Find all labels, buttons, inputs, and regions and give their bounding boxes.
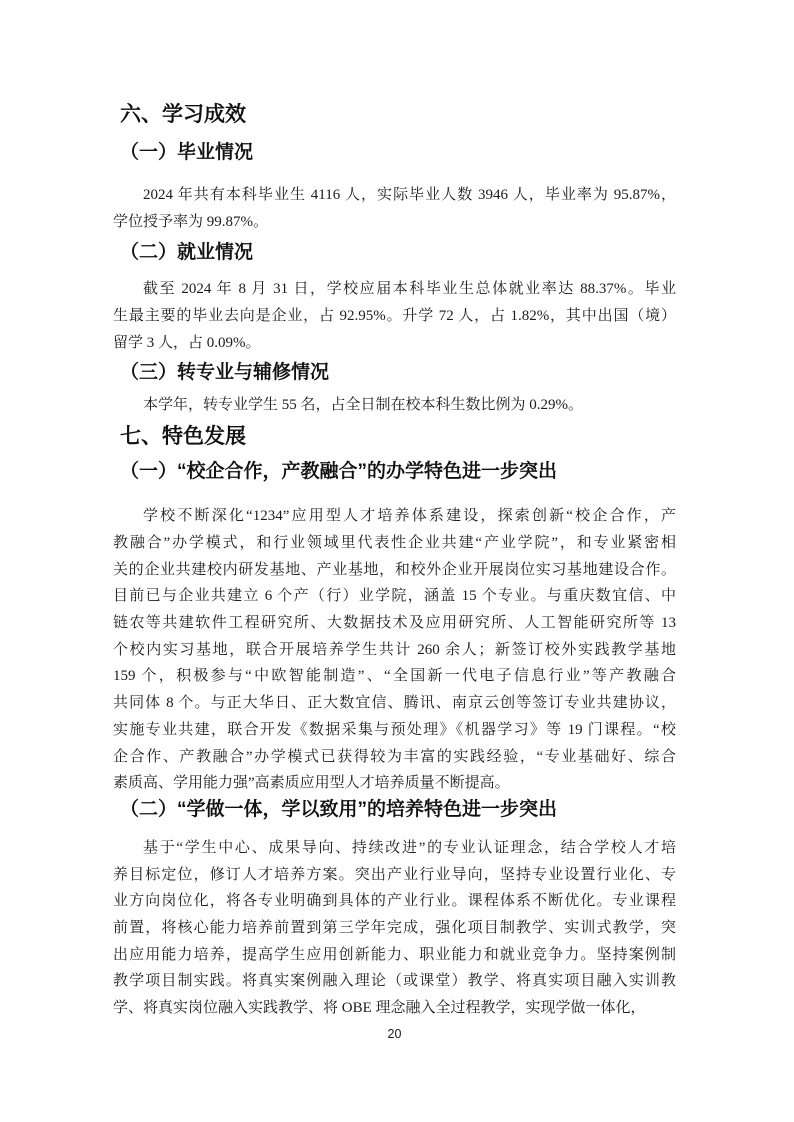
text-line: 企合作、产教融合”办学模式已获得较为丰富的实践经验，“专业基础好、综合 bbox=[113, 744, 676, 771]
document-page: 六、学习成效 （一）毕业情况 2024 年共有本科毕业生 4116 人，实际毕业… bbox=[0, 0, 794, 1122]
text-line: 个校内实习基地，联合开展培养学生共计 260 余人；新签订校外实践教学基地 bbox=[113, 637, 676, 664]
paragraph-graduation: 2024 年共有本科毕业生 4116 人，实际毕业人数 3946 人，毕业率为 … bbox=[113, 182, 676, 235]
text-line: 养目标定位，修订人才培养方案。突出产业行业导向，坚持专业设置行业化、专 bbox=[113, 862, 676, 889]
text-line: 生最主要的毕业去向是企业，占 92.95%。升学 72 人，占 1.82%，其中… bbox=[113, 303, 676, 330]
section-6-3-transfer-heading: （三）转专业与辅修情况 bbox=[113, 360, 676, 386]
section-7-heading: 七、特色发展 bbox=[113, 424, 676, 450]
text-line: 链农等共建软件工程研究所、大数据技术及应用研究所、人工智能研究所等 13 bbox=[113, 610, 676, 637]
section-6-2-employment-heading: （二）就业情况 bbox=[113, 240, 676, 266]
section-7-1-school-enterprise-heading: （一）“校企合作，产教融合”的办学特色进一步突出 bbox=[113, 459, 676, 485]
text-line: 前置，将核心能力培养前置到第三学年完成，强化项目制教学、实训式教学，突 bbox=[113, 915, 676, 942]
text-line: 目前已与企业共建立 6 个产（行）业学院，涵盖 15 个专业。与重庆数宜信、中 bbox=[113, 583, 676, 610]
text-line: 教学项目制实践。将真实案例融入理论（或课堂）教学、将真实项目融入实训教 bbox=[113, 968, 676, 995]
page-number: 20 bbox=[113, 1026, 676, 1042]
section-6-heading: 六、学习成效 bbox=[113, 102, 676, 128]
text-line: 159 个，积极参与“中欧智能制造”、“全国新一代电子信息行业”等产教融合 bbox=[113, 663, 676, 690]
text-line: 截至 2024 年 8 月 31 日，学校应届本科毕业生总体就业率达 88.37… bbox=[113, 276, 676, 303]
paragraph-school-enterprise: 学校不断深化“1234”应用型人才培养体系建设，探索创新“校企合作，产教融合”办… bbox=[113, 503, 676, 797]
text-line: 学校不断深化“1234”应用型人才培养体系建设，探索创新“校企合作，产 bbox=[113, 503, 676, 530]
text-line: 关的企业共建校内研发基地、产业基地，和校外企业开展岗位实习基地建设合作。 bbox=[113, 557, 676, 584]
paragraph-learn-do: 基于“学生中心、成果导向、持续改进”的专业认证理念，结合学校人才培养目标定位，修… bbox=[113, 835, 676, 1022]
section-6-1-graduation-heading: （一）毕业情况 bbox=[113, 140, 676, 166]
text-line: 2024 年共有本科毕业生 4116 人，实际毕业人数 3946 人，毕业率为 … bbox=[113, 182, 676, 209]
text-line: 留学 3 人，占 0.09%。 bbox=[113, 330, 676, 357]
text-line: 共同体 8 个。与正大华日、正大数宜信、腾讯、南京云创等签订专业共建协议， bbox=[113, 690, 676, 717]
text-line: 教融合”办学模式，和行业领域里代表性企业共建“产业学院”，和专业紧密相 bbox=[113, 530, 676, 557]
text-line: 基于“学生中心、成果导向、持续改进”的专业认证理念，结合学校人才培 bbox=[113, 835, 676, 862]
text-line: 学、将真实岗位融入实践教学、将 OBE 理念融入全过程教学，实现学做一体化， bbox=[113, 995, 676, 1022]
section-7-2-learn-do-heading: （二）“学做一体，学以致用”的培养特色进一步突出 bbox=[113, 797, 676, 823]
paragraph-employment: 截至 2024 年 8 月 31 日，学校应届本科毕业生总体就业率达 88.37… bbox=[113, 276, 676, 356]
text-line: 业方向岗位化，将各专业明确到具体的产业行业。课程体系不断优化。专业课程 bbox=[113, 888, 676, 915]
text-line: 本学年，转专业学生 55 名，占全日制在校本科生数比例为 0.29%。 bbox=[113, 392, 676, 419]
paragraph-transfer: 本学年，转专业学生 55 名，占全日制在校本科生数比例为 0.29%。 bbox=[113, 392, 676, 419]
text-line: 学位授予率为 99.87%。 bbox=[113, 209, 676, 236]
text-line: 实施专业共建，联合开发《数据采集与预处理》《机器学习》等 19 门课程。“校 bbox=[113, 717, 676, 744]
text-line: 素质高、学用能力强”高素质应用型人才培养质量不断提高。 bbox=[113, 770, 676, 797]
text-line: 出应用能力培养，提高学生应用创新能力、职业能力和就业竞争力。坚持案例制 bbox=[113, 942, 676, 969]
